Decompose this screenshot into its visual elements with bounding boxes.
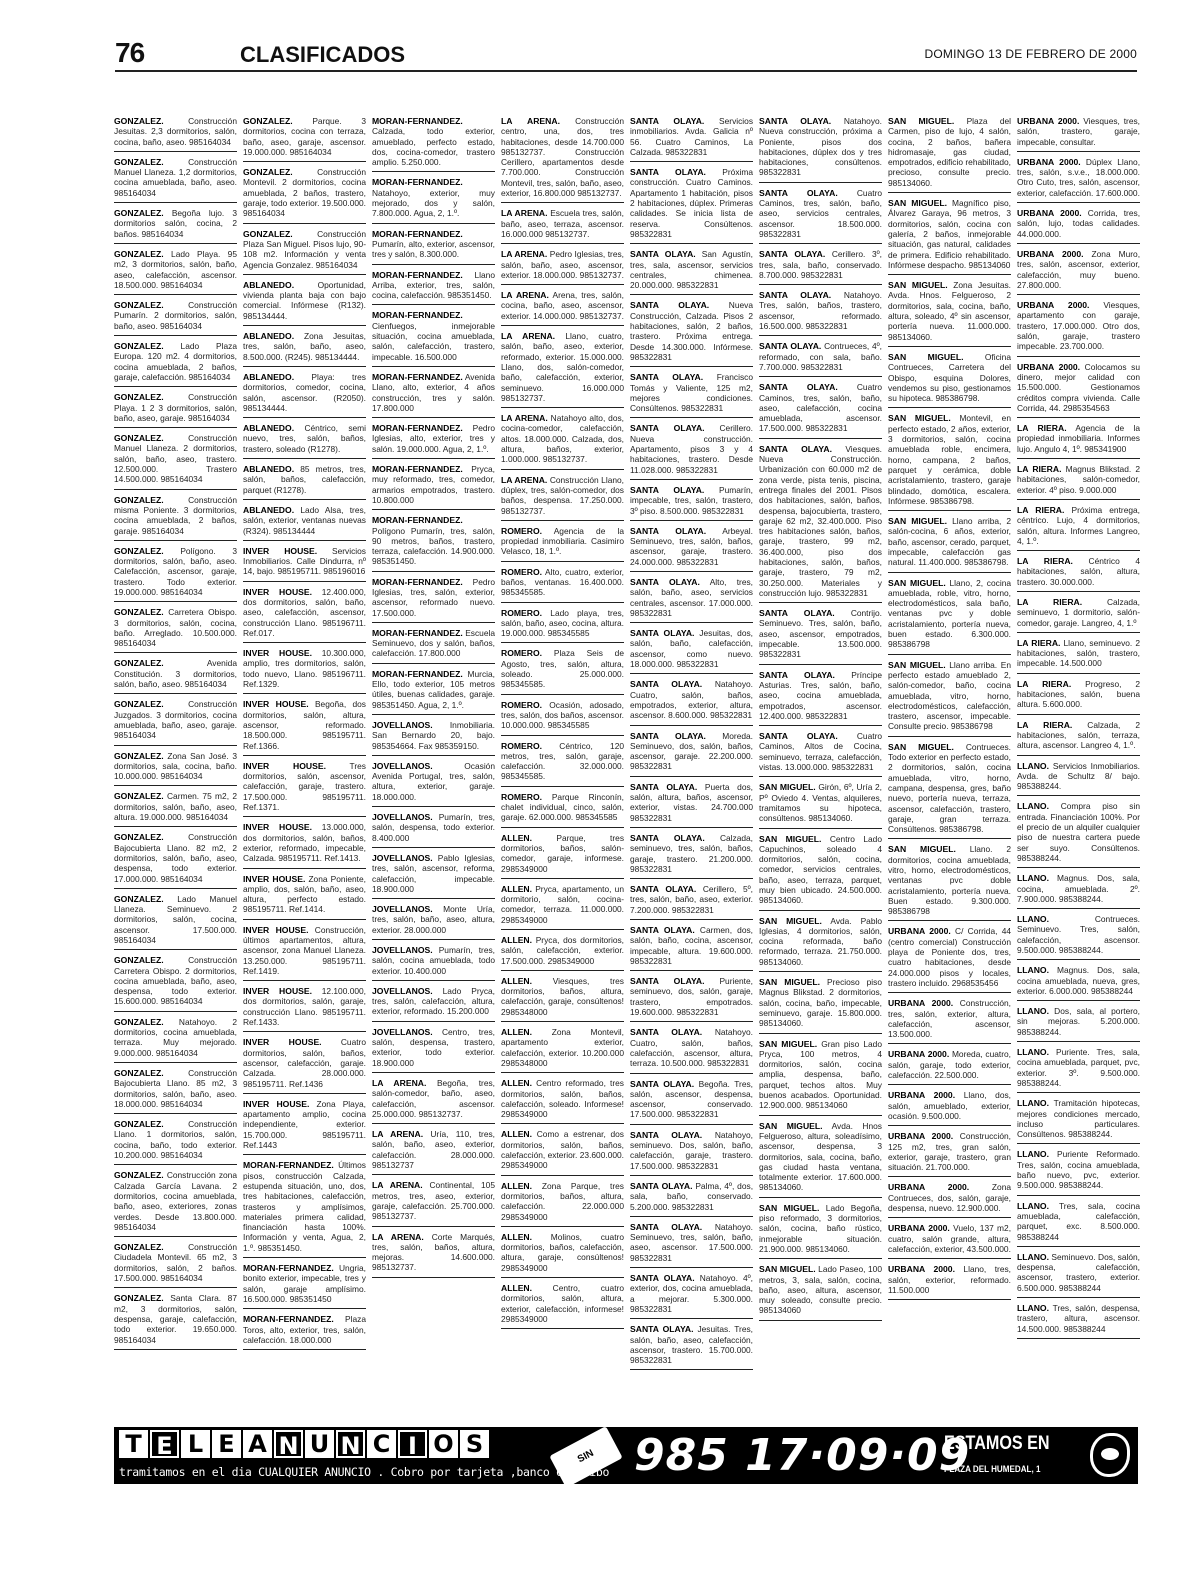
classified-ad: ALLEN. Viesques, tres dormitorios, baños… (501, 974, 624, 1022)
classified-ad: SANTA OLAYA. Contrijo. Seminuevo. Tres, … (759, 606, 882, 664)
classified-ad: MORAN-FERNANDEZ. Pryca, muy reformado, t… (372, 462, 495, 510)
classified-ad: ALLEN. Centro reformado, tres dormitorio… (501, 1076, 624, 1124)
classified-ad: JOVELLANOS. Lado Pryca, tres, salón, cal… (372, 984, 495, 1022)
classified-ad: SANTA OLAYA. San Agustín, tres, sala, as… (630, 247, 753, 295)
classified-ad: SANTA OLAYA. Moreda. Seminuevo, dos, sal… (630, 729, 753, 777)
ad-advertiser: ALLEN. (501, 1181, 532, 1191)
ad-advertiser: SANTA OLAYA. (630, 526, 706, 536)
classified-ad: SANTA OLAYA. Natahoyo. Nueva construcció… (759, 114, 882, 183)
classified-ad: GONZALEZ. Construcción Jesuitas. 2,3 dor… (114, 114, 237, 152)
ad-advertiser: GONZALEZ. (114, 658, 164, 668)
classified-ad: URBANA 2000. C/ Corrida, 44 (centro come… (888, 924, 1011, 993)
classified-ad: ALLEN. Pryca, dos dormitorios, salón, ca… (501, 933, 624, 971)
ad-advertiser: MORAN-FERNANDEZ. (372, 464, 463, 474)
classified-ad: LA RIERA. Agencia de la propiedad inmobi… (1017, 421, 1140, 459)
lecheria-logo-icon (1090, 1433, 1130, 1477)
brand-letter: I (398, 1430, 427, 1458)
ad-advertiser: MORAN-FERNANDEZ. (372, 270, 463, 280)
classified-ad: LA ARENA. Arena, tres, salón, cocina, ba… (501, 288, 624, 326)
classified-ad: LA RIERA. Céntrico 4 habitaciones, salón… (1017, 554, 1140, 592)
ad-advertiser: INVER HOUSE. (243, 822, 312, 832)
ad-advertiser: SANTA OLAYA. (630, 300, 709, 310)
ad-body: Polígono Pumarín, tres, salón, 90 metros… (372, 526, 495, 567)
brand-letter: S (460, 1430, 489, 1458)
ad-advertiser: GONZALEZ. (114, 1068, 164, 1078)
ad-advertiser: SANTA OLAYA. (759, 731, 838, 741)
ad-advertiser: SANTA OLAYA. (630, 1181, 692, 1191)
classified-ad: URBANA 2000. Construcción, tres, salón, … (888, 996, 1011, 1044)
classified-ad: INVER HOUSE. Cuatro dormitorios, salón, … (243, 1035, 366, 1093)
ad-advertiser: SAN MIGUEL. (888, 742, 954, 752)
classified-ad: SANTA OLAYA. Natahoyo. Seminuevo, tres, … (630, 1220, 753, 1268)
ad-advertiser: ROMERO. (501, 567, 542, 577)
classified-ad: SANTA OLAYA. Palma, 4º, dos, sala, baño,… (630, 1179, 753, 1217)
ad-advertiser: LLANO. (1017, 1303, 1049, 1313)
classified-ad: ABLANEDO. Oportunidad, vivienda planta b… (243, 278, 366, 326)
ad-advertiser: INVER HOUSE. (243, 699, 309, 709)
brand-letter: E (150, 1430, 179, 1458)
classified-ad: URBANA 2000. Zona Muro, tres, salón, asc… (1017, 247, 1140, 295)
classified-ad: GONZALEZ. Zona San José. 3 dormitorios, … (114, 749, 237, 787)
classified-ad: SANTA OLAYA. Carmen, dos, salón, baño, c… (630, 923, 753, 971)
classified-ad: INVER HOUSE. Servicios Inmobiliarios. Ca… (243, 544, 366, 582)
ad-advertiser: URBANA 2000. (888, 1223, 950, 1233)
ad-advertiser: LLANO. (1017, 761, 1049, 771)
classified-ad: SANTA OLAYA. Natahoyo. 4º, exterior, dos… (630, 1271, 753, 1319)
ad-body: Llano. 2 dormitorios, cocina amueblada, … (888, 844, 1011, 916)
classified-ad: URBANA 2000. Llano, dos, salón, amueblad… (888, 1088, 1011, 1126)
ad-advertiser: SANTA OLAYA. (759, 188, 838, 198)
ad-advertiser: LA ARENA. (501, 475, 547, 485)
classified-ad: GONZALEZ. Avenida Constitución. 3 dormit… (114, 656, 237, 694)
classified-ad: INVER HOUSE. 13.000.000, dos dormitorios… (243, 820, 366, 868)
ad-advertiser: SANTA OLAYA. (630, 249, 696, 259)
classified-ad: URBANA 2000. Corrida, tres, salón, lujo,… (1017, 206, 1140, 244)
ad-advertiser: JOVELLANOS. (372, 761, 433, 771)
ad-advertiser: GONZALEZ. (114, 607, 164, 617)
brand-letter: O (429, 1430, 458, 1458)
publication-date: DOMINGO 13 DE FEBRERO DE 2000 (924, 47, 1137, 61)
ad-advertiser: JOVELLANOS. (372, 986, 433, 996)
ad-advertiser: URBANA 2000. (888, 1131, 953, 1141)
classified-ad: MORAN-FERNANDEZ. Pedro Iglesias, tres, s… (372, 575, 495, 623)
ad-advertiser: GONZALEZ. (114, 894, 164, 904)
classified-ad: JOVELLANOS. Monte Uría, tres, salón, bañ… (372, 902, 495, 940)
ad-advertiser: LA RIERA. (1017, 556, 1073, 566)
classified-ad: SAN MIGUEL. Llano arriba, 2 salón-cocina… (888, 514, 1011, 572)
classified-ad: LA ARENA. Natahoyo alto, dos, cocina-com… (501, 411, 624, 469)
brand-letter: A (243, 1430, 272, 1458)
ad-advertiser: LA RIERA. (1017, 423, 1067, 433)
classified-ad: GONZALEZ. Construcción Llano. 1 dormitor… (114, 1117, 237, 1165)
ad-advertiser: URBANA 2000. (888, 926, 951, 936)
classified-ad: LA ARENA. Construcción centro, una, dos,… (501, 114, 624, 203)
ad-advertiser: MORAN-FERNANDEZ. (372, 177, 463, 187)
ad-advertiser: LA ARENA. (372, 1180, 423, 1190)
classified-ad: GONZALEZ. Carretera Obispo. 3 dormitorio… (114, 605, 237, 653)
ad-advertiser: URBANA 2000. (888, 1182, 969, 1192)
ad-advertiser: SAN MIGUEL. (888, 198, 947, 208)
ad-advertiser: LLANO. (1017, 965, 1049, 975)
classified-ad: INVER HOUSE. 12.100.000, dos dormitorios… (243, 984, 366, 1032)
ad-advertiser: MORAN-FERNANDEZ. (372, 669, 463, 679)
ad-advertiser: SANTA OLAYA. (630, 485, 704, 495)
classified-ad: SAN MIGUEL. Gran piso Lado Pryca, 100 me… (759, 1037, 882, 1116)
classified-ad: LA ARENA. Uría, 110, tres, salón, baño, … (372, 1127, 495, 1175)
classified-ad: SANTA OLAYA. Jesuitas, dos, salón, baño,… (630, 626, 753, 674)
ad-body: Calzada, todo exterior, amueblado, perfe… (372, 126, 495, 167)
ad-advertiser: SANTA OLAYA. (630, 731, 706, 741)
classified-ad: SANTA OLAYA. Pumarín, impecable, tres, s… (630, 483, 753, 521)
header-rule (115, 70, 1137, 72)
teleanuncios-logo: TELEANUNCIOS (119, 1430, 489, 1458)
classified-ad: LLANO. Tres, salón, despensa, trastero, … (1017, 1301, 1140, 1339)
ad-body: Natahoyo, exterior, muy mejorado, dos y … (372, 188, 495, 219)
classified-ad: SAN MIGUEL. Precioso piso Magnus Bliksta… (759, 975, 882, 1033)
ad-advertiser: GONZALEZ. (114, 751, 164, 761)
classified-ad: SAN MIGUEL. Magnífico piso, Álvarez Gara… (888, 196, 1011, 275)
banner-phone: 985 17·09·09 (634, 1427, 970, 1484)
ad-advertiser: ALLEN. (501, 1283, 532, 1293)
ad-advertiser: SANTA OLAYA. (630, 628, 694, 638)
classified-ad: SANTA OLAYA. Alto, tres, salón, baño, as… (630, 575, 753, 623)
classified-ad: SANTA OLAYA. Begoña. Tres, salón, ascens… (630, 1077, 753, 1125)
classified-ad: LA ARENA. Pedro Iglesias, tres, salón, b… (501, 247, 624, 285)
ad-advertiser: LA RIERA. (1017, 720, 1072, 730)
ad-body: Gran piso Lado Pryca, 100 metros, 4 dorm… (759, 1039, 882, 1111)
ad-advertiser: LA RIERA. (1017, 505, 1064, 515)
classified-ad: SAN MIGUEL. Girón, 6º, Uría 2, Pº Oviedo… (759, 780, 882, 828)
ad-body: Llano arriba. En perfecto estado amuebla… (888, 660, 1011, 732)
ad-advertiser: GONZALEZ. (114, 1119, 164, 1129)
classified-ad: INVER HOUSE. 12.400.000, dos dormitorios… (243, 585, 366, 643)
classified-ad: ALLEN. Parque, tres dormitorios, baños, … (501, 831, 624, 879)
ad-body: Cienfuegos, inmejorable situación, cocin… (372, 321, 495, 362)
ad-advertiser: SAN MIGUEL. (888, 280, 948, 290)
ad-advertiser: SANTA OLAYA. (630, 1130, 702, 1140)
ad-body: Viesques. Nueva Construcción. Urbanizaci… (759, 444, 882, 598)
ad-advertiser: ABLANEDO. (243, 505, 294, 515)
ad-advertiser: ABLANEDO. (243, 423, 294, 433)
ad-advertiser: SAN MIGUEL. (888, 116, 954, 126)
classified-ad: URBANA 2000. Vuelo, 137 m2, cuatro, saló… (888, 1221, 1011, 1259)
ad-advertiser: URBANA 2000. (1017, 208, 1082, 218)
ad-advertiser: LLANO. (1017, 1201, 1049, 1211)
ad-advertiser: LLANO. (1017, 1047, 1049, 1057)
classified-ad: SANTA OLAYA. Cuatro Caminos, tres, salón… (759, 380, 882, 438)
section-title: CLASIFICADOS (240, 42, 405, 68)
ad-advertiser: SANTA OLAYA. (630, 1273, 695, 1283)
ad-advertiser: URBANA 2000. (1017, 157, 1081, 167)
classified-ad: SANTA OLAYA. Jesuitas. Tres, salón, baño… (630, 1322, 753, 1370)
ad-advertiser: SANTA OLAYA. (630, 976, 705, 986)
ad-advertiser: INVER HOUSE. (243, 1037, 322, 1047)
classified-ad: GONZALEZ. Construcción Plaza San Miguel.… (243, 227, 366, 275)
classified-ad: GONZALEZ. Polígono. 3 dormitorios, salón… (114, 544, 237, 602)
ad-advertiser: SANTA OLAYA. (630, 925, 695, 935)
classified-ad: GONZALEZ. Lado Plaza Europa. 120 m2. 4 d… (114, 339, 237, 387)
classified-ad: ROMERO. Ocasión, adosado, tres, salón, d… (501, 698, 624, 736)
classified-ad: INVER HOUSE. Tres dormitorios, salón, as… (243, 759, 366, 817)
ad-advertiser: LLANO. (1017, 1098, 1049, 1108)
classified-ad: URBANA 2000. Llano, tres, salón, exterio… (888, 1262, 1011, 1300)
ad-advertiser: MORAN-FERNANDEZ. (372, 423, 463, 433)
ad-advertiser: SANTA OLAYA. (630, 782, 697, 792)
ad-body: Llano, cuatro, salón, baño, aseo, exteri… (501, 331, 624, 403)
ad-advertiser: ROMERO. (501, 792, 542, 802)
classified-ad: GONZALEZ. Construcción Manuel Llaneza. 2… (114, 431, 237, 489)
ad-advertiser: ROMERO. (501, 700, 542, 710)
ad-advertiser: GONZALEZ. (114, 1017, 164, 1027)
classified-ad: GONZALEZ. Carmen. 75 m2, 2 dormitorios, … (114, 789, 237, 827)
ad-advertiser: MORAN-FERNANDEZ. (372, 310, 463, 320)
classified-ad: ROMERO. Céntrico, 120 metros, tres, saló… (501, 739, 624, 787)
ad-advertiser: GONZALEZ. (114, 1293, 164, 1303)
ad-advertiser: GONZALEZ. (114, 699, 164, 709)
ad-advertiser: LLANO. (1017, 801, 1049, 811)
ad-advertiser: GONZALEZ. (114, 300, 164, 310)
ad-body: Montevil, en perfecto estado, 2 años, ex… (888, 413, 1011, 505)
classified-column: SANTA OLAYA. Servicios inmobiliarios. Av… (630, 114, 753, 1414)
classifieds-columns: GONZALEZ. Construcción Jesuitas. 2,3 dor… (114, 114, 1140, 1414)
classified-ad: SAN MIGUEL. Llano. 2 dormitorios, cocina… (888, 842, 1011, 921)
ad-advertiser: SAN MIGUEL. (759, 1264, 816, 1274)
ad-advertiser: LA ARENA. (501, 413, 548, 423)
classified-ad: INVER HOUSE. Construcción, últimos apart… (243, 923, 366, 981)
ad-advertiser: INVER HOUSE. (243, 986, 312, 996)
ad-advertiser: SANTA OLAYA. (759, 249, 825, 259)
ad-advertiser: JOVELLANOS. (372, 720, 433, 730)
classified-ad: SAN MIGUEL. Oficina Contrueces, Carreter… (888, 350, 1011, 408)
ad-advertiser: SAN MIGUEL. (759, 916, 822, 926)
ad-advertiser: URBANA 2000. (1017, 300, 1089, 310)
ad-advertiser: SANTA OLAYA. (630, 577, 700, 587)
classified-ad: URBANA 2000. Viesques, tres, salón, tras… (1017, 114, 1140, 152)
classified-ad: JOVELLANOS. Inmobiliaria. San Bernardo 2… (372, 718, 495, 756)
classified-ad: MORAN-FERNANDEZ. Escuela Seminuevo, dos … (372, 626, 495, 664)
classified-ad: GONZALEZ. Construcción Playa. 1 2 3 dorm… (114, 390, 237, 428)
ad-advertiser: URBANA 2000. (888, 1090, 955, 1100)
ad-advertiser: SANTA OLAYA. (630, 1324, 694, 1334)
ad-advertiser: MORAN-FERNANDEZ. (243, 1314, 334, 1324)
ad-advertiser: ROMERO. (501, 741, 542, 751)
ad-advertiser: GONZALEZ. (114, 1242, 164, 1252)
classified-ad: SAN MIGUEL. Lado Paseo, 100 metros, 3, s… (759, 1262, 882, 1320)
ad-advertiser: GONZALEZ. (114, 546, 164, 556)
ad-advertiser: URBANA 2000. (888, 1049, 949, 1059)
ad-advertiser: ALLEN. (501, 935, 532, 945)
ad-advertiser: SANTA OLAYA. (630, 1027, 702, 1037)
classified-ad: GONZALEZ. Construcción Manuel Llaneza. 1… (114, 155, 237, 203)
ad-advertiser: SANTA OLAYA. (759, 290, 831, 300)
classified-ad: LLANO. Dos, sala, al portero, sin mejora… (1017, 1004, 1140, 1042)
ad-body: Plaza del Carmen, piso de lujo, 4 salón,… (888, 116, 1011, 188)
classified-ad: LA ARENA. Escuela tres, salón, baño, ase… (501, 206, 624, 244)
ad-advertiser: INVER HOUSE. (243, 546, 317, 556)
ad-advertiser: GONZALEZ. (114, 791, 164, 801)
ad-body: Últimos pisos, construcción Calzada, est… (243, 1160, 366, 1252)
ad-body: Próxima construcción. Cuatro Caminos. Ap… (630, 167, 753, 239)
classified-ad: GONZALEZ. Construcción Montevil. 2 dormi… (243, 165, 366, 223)
classified-ad: JOVELLANOS. Centro, tres, salón, despens… (372, 1025, 495, 1073)
ad-advertiser: SAN MIGUEL. (888, 578, 946, 588)
classified-ad: LA RIERA. Progreso, 2 habitaciones, saló… (1017, 677, 1140, 715)
classified-ad: SANTA OLAYA. Nueva Construcción, Calzada… (630, 298, 753, 367)
banner-estamos: ESTAMOS EN (944, 1433, 1050, 1455)
classified-ad: SANTA OLAYA. Calzada, seminuevo, tres, s… (630, 831, 753, 879)
brand-letter: N (336, 1430, 365, 1458)
classified-ad: MORAN-FERNANDEZ. Llano Arriba, exterior,… (372, 268, 495, 306)
classified-ad: MORAN-FERNANDEZ. Ungria, bonito exterior… (243, 1261, 366, 1309)
classified-ad: URBANA 2000. Moreda, cuatro, salón, gara… (888, 1047, 1011, 1085)
classified-ad: JOVELLANOS. Pumarín, tres, salón, despen… (372, 810, 495, 848)
ad-advertiser: SANTA OLAYA. (630, 679, 702, 689)
classified-ad: SANTA OLAYA. Puerta dos, salón, altura, … (630, 780, 753, 828)
ad-advertiser: LA ARENA. (372, 1078, 426, 1088)
ad-advertiser: GONZALEZ. (243, 167, 293, 177)
classified-ad: LLANO. Tramitación hipotecas, mejores co… (1017, 1096, 1140, 1144)
classified-ad: ROMERO. Alto, cuatro, exterior, baños, v… (501, 565, 624, 603)
ad-advertiser: SAN MIGUEL. (888, 352, 963, 362)
classified-ad: SANTA OLAYA. Cerillero. Nueva construcci… (630, 421, 753, 479)
classified-ad: LLANO. Puriente. Tres, sala, cocina amue… (1017, 1045, 1140, 1093)
classified-ad: LA ARENA. Continental, 105 metros, tres,… (372, 1178, 495, 1226)
classified-ad: LA RIERA. Próxima entrega, céntrico. Luj… (1017, 503, 1140, 551)
classified-column: GONZALEZ. Parque. 3 dormitorios, cocina … (243, 114, 366, 1414)
ad-advertiser: LLANO. (1017, 1006, 1049, 1016)
ad-advertiser: LA ARENA. (501, 116, 560, 126)
ad-advertiser: ALLEN. (501, 976, 532, 986)
brand-letter: U (305, 1430, 334, 1458)
ad-advertiser: SAN MIGUEL. (888, 844, 956, 854)
ad-advertiser: JOVELLANOS. (372, 945, 433, 955)
ad-advertiser: LA ARENA. (372, 1129, 423, 1139)
classified-ad: URBANA 2000. Viesques, apartamento con g… (1017, 298, 1140, 356)
classified-ad: ROMERO. Parque Rinconín, chalet individu… (501, 790, 624, 828)
ad-advertiser: MORAN-FERNANDEZ. (243, 1263, 334, 1273)
ad-advertiser: SANTA OLAYA. (759, 608, 835, 618)
ad-advertiser: URBANA 2000. (888, 998, 953, 1008)
ad-advertiser: INVER HOUSE. (243, 761, 326, 771)
sin-recargo-stamp: SIN RECARGO (549, 1427, 622, 1484)
classified-ad: SAN MIGUEL. Avda. Hnos Felgueroso, altur… (759, 1119, 882, 1198)
ad-advertiser: ALLEN. (501, 833, 532, 843)
ad-advertiser: URBANA 2000. (888, 1264, 955, 1274)
classified-ad: ALLEN. Centro, cuatro dormitorios, salón… (501, 1281, 624, 1329)
ad-body: Pumarín, alto, exterior, ascensor, tres … (372, 239, 495, 259)
ad-advertiser: ALLEN. (501, 884, 532, 894)
ad-advertiser: SANTA OLAYA. (630, 833, 705, 843)
classified-ad: INVER HOUSE. 10.300.000, amplio, tres do… (243, 646, 366, 694)
classified-ad: SANTA OLAYA. Natahoyo. Cuatro, salón, ba… (630, 677, 753, 725)
ad-advertiser: GONZALEZ. (114, 157, 164, 167)
classified-ad: INVER HOUSE. Begoña, dos dormitorios, sa… (243, 697, 366, 755)
classified-ad: MORAN-FERNANDEZ. Avenida Llano, alto, ex… (372, 370, 495, 418)
classified-ad: SAN MIGUEL. Avda. Pablo Iglesias, 4 dorm… (759, 914, 882, 972)
ad-advertiser: ALLEN. (501, 1027, 532, 1037)
classified-ad: ALLEN. Zona Montevil, apartamento exteri… (501, 1025, 624, 1073)
classified-ad: LLANO. Puriente Reformado. Tres, salón, … (1017, 1147, 1140, 1195)
ad-advertiser: GONZALEZ. (114, 495, 164, 505)
classified-ad: SAN MIGUEL. Contrueces. Todo exterior en… (888, 740, 1011, 840)
classified-ad: LA RIERA. Magnus Blikstad. 2 habitacione… (1017, 462, 1140, 500)
ad-body: Centro Lado Capuchinos, soleado 4 dormit… (759, 834, 882, 906)
ad-advertiser: SANTA OLAYA. (759, 116, 831, 126)
classified-ad: MORAN-FERNANDEZ. Cienfuegos, inmejorable… (372, 308, 495, 366)
ad-advertiser: ABLANEDO. (243, 331, 294, 341)
ad-advertiser: JOVELLANOS. (372, 853, 433, 863)
classified-ad: GONZALEZ. Construcción Bajocubierta Llan… (114, 830, 237, 888)
page-number: 76 (115, 38, 144, 68)
classified-ad: ALLEN. Zona Parque, tres dormitorios, ba… (501, 1179, 624, 1227)
classified-ad: MORAN-FERNANDEZ. Murcia, Ello, todo exte… (372, 667, 495, 715)
classified-ad: SANTA OLAYA. Natahoyo. Cuatro, salón, ba… (630, 1025, 753, 1073)
classified-ad: GONZALEZ. Construcción Pumarín. 2 dormit… (114, 298, 237, 336)
classified-ad: GONZALEZ. Construcción Carretera Obispo.… (114, 953, 237, 1011)
classified-ad: ABLANEDO. Céntrico, semi nuevo, tres, sa… (243, 421, 366, 459)
ad-advertiser: LLANO. (1017, 873, 1049, 883)
ad-advertiser: INVER HOUSE. (243, 925, 309, 935)
classified-ad: MORAN-FERNANDEZ. Pedro Iglesias, alto, e… (372, 421, 495, 459)
ad-advertiser: GONZALEZ. (114, 433, 164, 443)
ad-advertiser: LA RIERA. (1017, 597, 1082, 607)
banner-address: PLAZA DEL HUMEDAL, 1 (944, 1464, 1040, 1475)
ad-advertiser: SAN MIGUEL. (759, 1203, 819, 1213)
classified-ad: JOVELLANOS. Pablo Iglesias, tres, salón,… (372, 851, 495, 899)
classified-ad: GONZALEZ. Construcción misma Poniente. 3… (114, 493, 237, 541)
classified-ad: GONZALEZ. Begoña lujo. 3 dormitorios sal… (114, 206, 237, 244)
classified-ad: GONZALEZ. Natahoyo. 2 dormitorios, cocin… (114, 1015, 237, 1063)
ad-body: Contrueces. Todo exterior en perfecto es… (888, 742, 1011, 834)
classified-ad: MORAN-FERNANDEZ. Polígono Pumarín, tres,… (372, 513, 495, 571)
classified-ad: GONZALEZ. Lado Manuel Llaneza. Seminuevo… (114, 892, 237, 950)
classified-ad: SANTA OLAYA. Puriente, seminuevo, dos, s… (630, 974, 753, 1022)
classified-ad: ABLANEDO. Playa: tres dormitorios, comed… (243, 370, 366, 418)
ad-advertiser: GONZALEZ. (114, 955, 164, 965)
classified-ad: SANTA OLAYA. Natahoyo. Tres, salón, baño… (759, 288, 882, 336)
classified-ad: GONZALEZ. Construcción Ciudadela Montevi… (114, 1240, 237, 1288)
masthead: 76 CLASIFICADOS DOMINGO 13 DE FEBRERO DE… (115, 38, 1137, 68)
classified-ad: ABLANEDO. Lado Alsa, tres, salón, exteri… (243, 503, 366, 541)
ad-advertiser: GONZALEZ. (114, 208, 164, 218)
classified-column: SAN MIGUEL. Plaza del Carmen, piso de lu… (888, 114, 1011, 1414)
ad-advertiser: SAN MIGUEL. (759, 1121, 823, 1131)
brand-letter: L (181, 1430, 210, 1458)
classified-ad: SAN MIGUEL. Zona Jesuitas. Avda. Hnos. F… (888, 278, 1011, 347)
classified-column: LA ARENA. Construcción centro, una, dos,… (501, 114, 624, 1414)
ad-advertiser: GONZALEZ. (243, 116, 293, 126)
ad-advertiser: SANTA OLAYA. (630, 884, 696, 894)
classified-ad: SANTA OLAYA. Cerillero. 3º, tres, sala, … (759, 247, 882, 285)
ad-advertiser: SAN MIGUEL. (888, 516, 947, 526)
classified-ad: SAN MIGUEL. Plaza del Carmen, piso de lu… (888, 114, 1011, 193)
ad-advertiser: SAN MIGUEL. (888, 660, 946, 670)
classified-column: MORAN-FERNANDEZ. Calzada, todo exterior,… (372, 114, 495, 1414)
ad-advertiser: URBANA 2000. (1017, 116, 1079, 126)
classified-ad: GONZALEZ. Construcción Juzgados. 3 dormi… (114, 697, 237, 745)
ad-advertiser: LLANO. (1017, 914, 1049, 924)
classified-ad: SANTA OLAYA. Príncipe Asturias. Tres, sa… (759, 668, 882, 726)
ad-advertiser: GONZALEZ. (114, 116, 164, 126)
classified-ad: SANTA OLAYA. Cuatro Caminos, Altos de Co… (759, 729, 882, 777)
classified-ad: MORAN-FERNANDEZ. Últimos pisos, construc… (243, 1158, 366, 1258)
ad-advertiser: SANTA OLAYA. (630, 423, 705, 433)
classified-ad: SANTA OLAYA. Viesques. Nueva Construcció… (759, 442, 882, 603)
ad-advertiser: LA RIERA. (1017, 679, 1071, 689)
brand-letter: E (212, 1430, 241, 1458)
classified-ad: ROMERO. Plaza Seis de Agosto, tres, saló… (501, 646, 624, 694)
classified-ad: MORAN-FERNANDEZ. Calzada, todo exterior,… (372, 114, 495, 172)
